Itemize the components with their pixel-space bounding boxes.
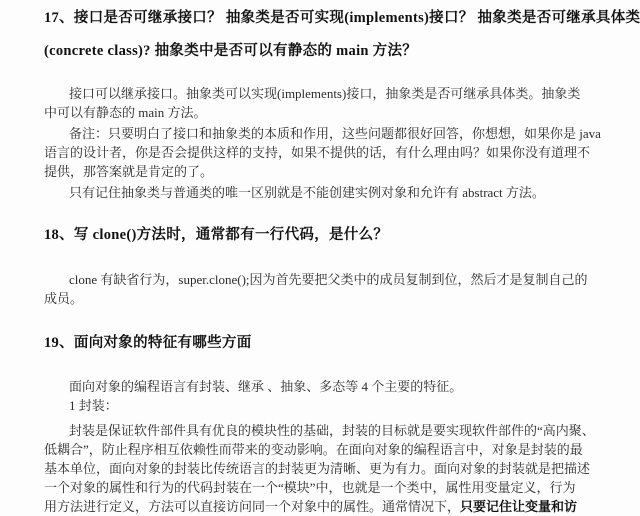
text-line: 接口可以继承接口。抽象类可以实现(implements)接口，抽象类是否可继承具… — [44, 84, 614, 103]
text-line: 只有记住抽象类与普通类的唯一区别就是不能创建实例对象和允许有 abstract … — [44, 183, 614, 202]
question-19-heading: 19、面向对象的特征有哪些方面 — [44, 327, 614, 360]
question-17-heading: 17、接口是否可继承接口？ 抽象类是否可实现(implements)接口？ 抽象… — [44, 2, 614, 68]
question-17-heading-line-1: 17、接口是否可继承接口？ 抽象类是否可实现(implements)接口？ 抽象… — [44, 2, 614, 35]
question-18-answer-paragraph: clone 有缺省行为，super.clone();因为首先要把父类中的成员复制… — [44, 270, 614, 308]
text-line: 成员。 — [44, 289, 614, 308]
question-19-intro-paragraph: 面向对象的编程语言有封装、继承 、抽象、多态等 4 个主要的特征。 1 封装： — [44, 377, 614, 415]
question-17-heading-line-2: (concrete class)? 抽象类中是否可以有静态的 main 方法？ — [44, 35, 614, 68]
question-18-heading: 18、写 clone()方法时，通常都有一行代码，是什么？ — [44, 219, 614, 252]
question-17-tip-paragraph: 只有记住抽象类与普通类的唯一区别就是不能创建实例对象和允许有 abstract … — [44, 183, 614, 202]
text-line: 封装是保证软件部件具有优良的模块性的基础，封装的目标就是要实现软件部件的“高内聚… — [44, 421, 614, 440]
question-19-heading-line: 19、面向对象的特征有哪些方面 — [44, 327, 614, 360]
text-line-with-bold-tail: 用方法进行定义，方法可以直接访问同一个对象中的属性。通常情况下，只要记住让变量和… — [44, 497, 614, 516]
question-17-answer-paragraph: 接口可以继承接口。抽象类可以实现(implements)接口，抽象类是否可继承具… — [44, 84, 614, 122]
text-line: clone 有缺省行为，super.clone();因为首先要把父类中的成员复制… — [44, 270, 614, 289]
question-18-heading-line: 18、写 clone()方法时，通常都有一行代码，是什么？ — [44, 219, 614, 252]
text-line: 提供，那答案就是肯定的了。 — [44, 162, 614, 181]
text-line: 1 封装： — [44, 396, 614, 415]
text-line: 一个对象的属性和行为的代码封装在一个“模块”中，也就是一个类中，属性用变量定义，… — [44, 478, 614, 497]
document-page: 17、接口是否可继承接口？ 抽象类是否可实现(implements)接口？ 抽象… — [0, 0, 640, 516]
text-line-normal-part: 用方法进行定义，方法可以直接访问同一个对象中的属性。通常情况下， — [44, 499, 460, 514]
question-19-body-paragraph: 封装是保证软件部件具有优良的模块性的基础，封装的目标就是要实现软件部件的“高内聚… — [44, 421, 614, 516]
question-17-note-paragraph: 备注：只要明白了接口和抽象类的本质和作用，这些问题都很好回答，你想想，如果你是 … — [44, 124, 614, 181]
text-line-bold-part: 只要记住让变量和访 — [460, 499, 577, 514]
text-line: 语言的设计者，你是否会提供这样的支持，如果不提供的话，有什么理由吗？如果你没有道… — [44, 143, 614, 162]
text-line: 中可以有静态的 main 方法。 — [44, 103, 614, 122]
text-line: 低耦合”，防止程序相互依赖性而带来的变动影响。在面向对象的编程语言中，对象是封装… — [44, 440, 614, 459]
text-line: 面向对象的编程语言有封装、继承 、抽象、多态等 4 个主要的特征。 — [44, 377, 614, 396]
text-line: 基本单位，面向对象的封装比传统语言的封装更为清晰、更为有力。面向对象的封装就是把… — [44, 459, 614, 478]
text-line: 备注：只要明白了接口和抽象类的本质和作用，这些问题都很好回答，你想想，如果你是 … — [44, 124, 614, 143]
